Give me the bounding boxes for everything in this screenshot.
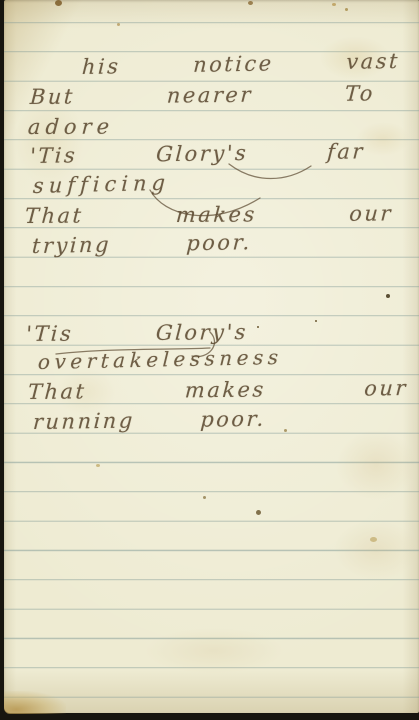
handwritten-line: overtakelessness [37,342,283,377]
bottom-left-stain [4,691,66,714]
handwritten-line: 'Tis Glory's far [29,136,366,171]
handwritten-line: his notice vast [81,46,400,82]
handwritten-line: trying poor. [31,227,253,261]
scanned-page: his notice vast But nearer To adore 'Tis… [0,0,419,720]
handwritten-line: running poor. [32,404,267,437]
handwritten-line: But nearer To [29,78,376,112]
handwritten-line: sufficing [32,168,170,201]
handwritten-line: adore [27,112,115,142]
handwritten-line: That makes our [24,198,394,231]
handwritten-line: That makes our [27,373,409,407]
